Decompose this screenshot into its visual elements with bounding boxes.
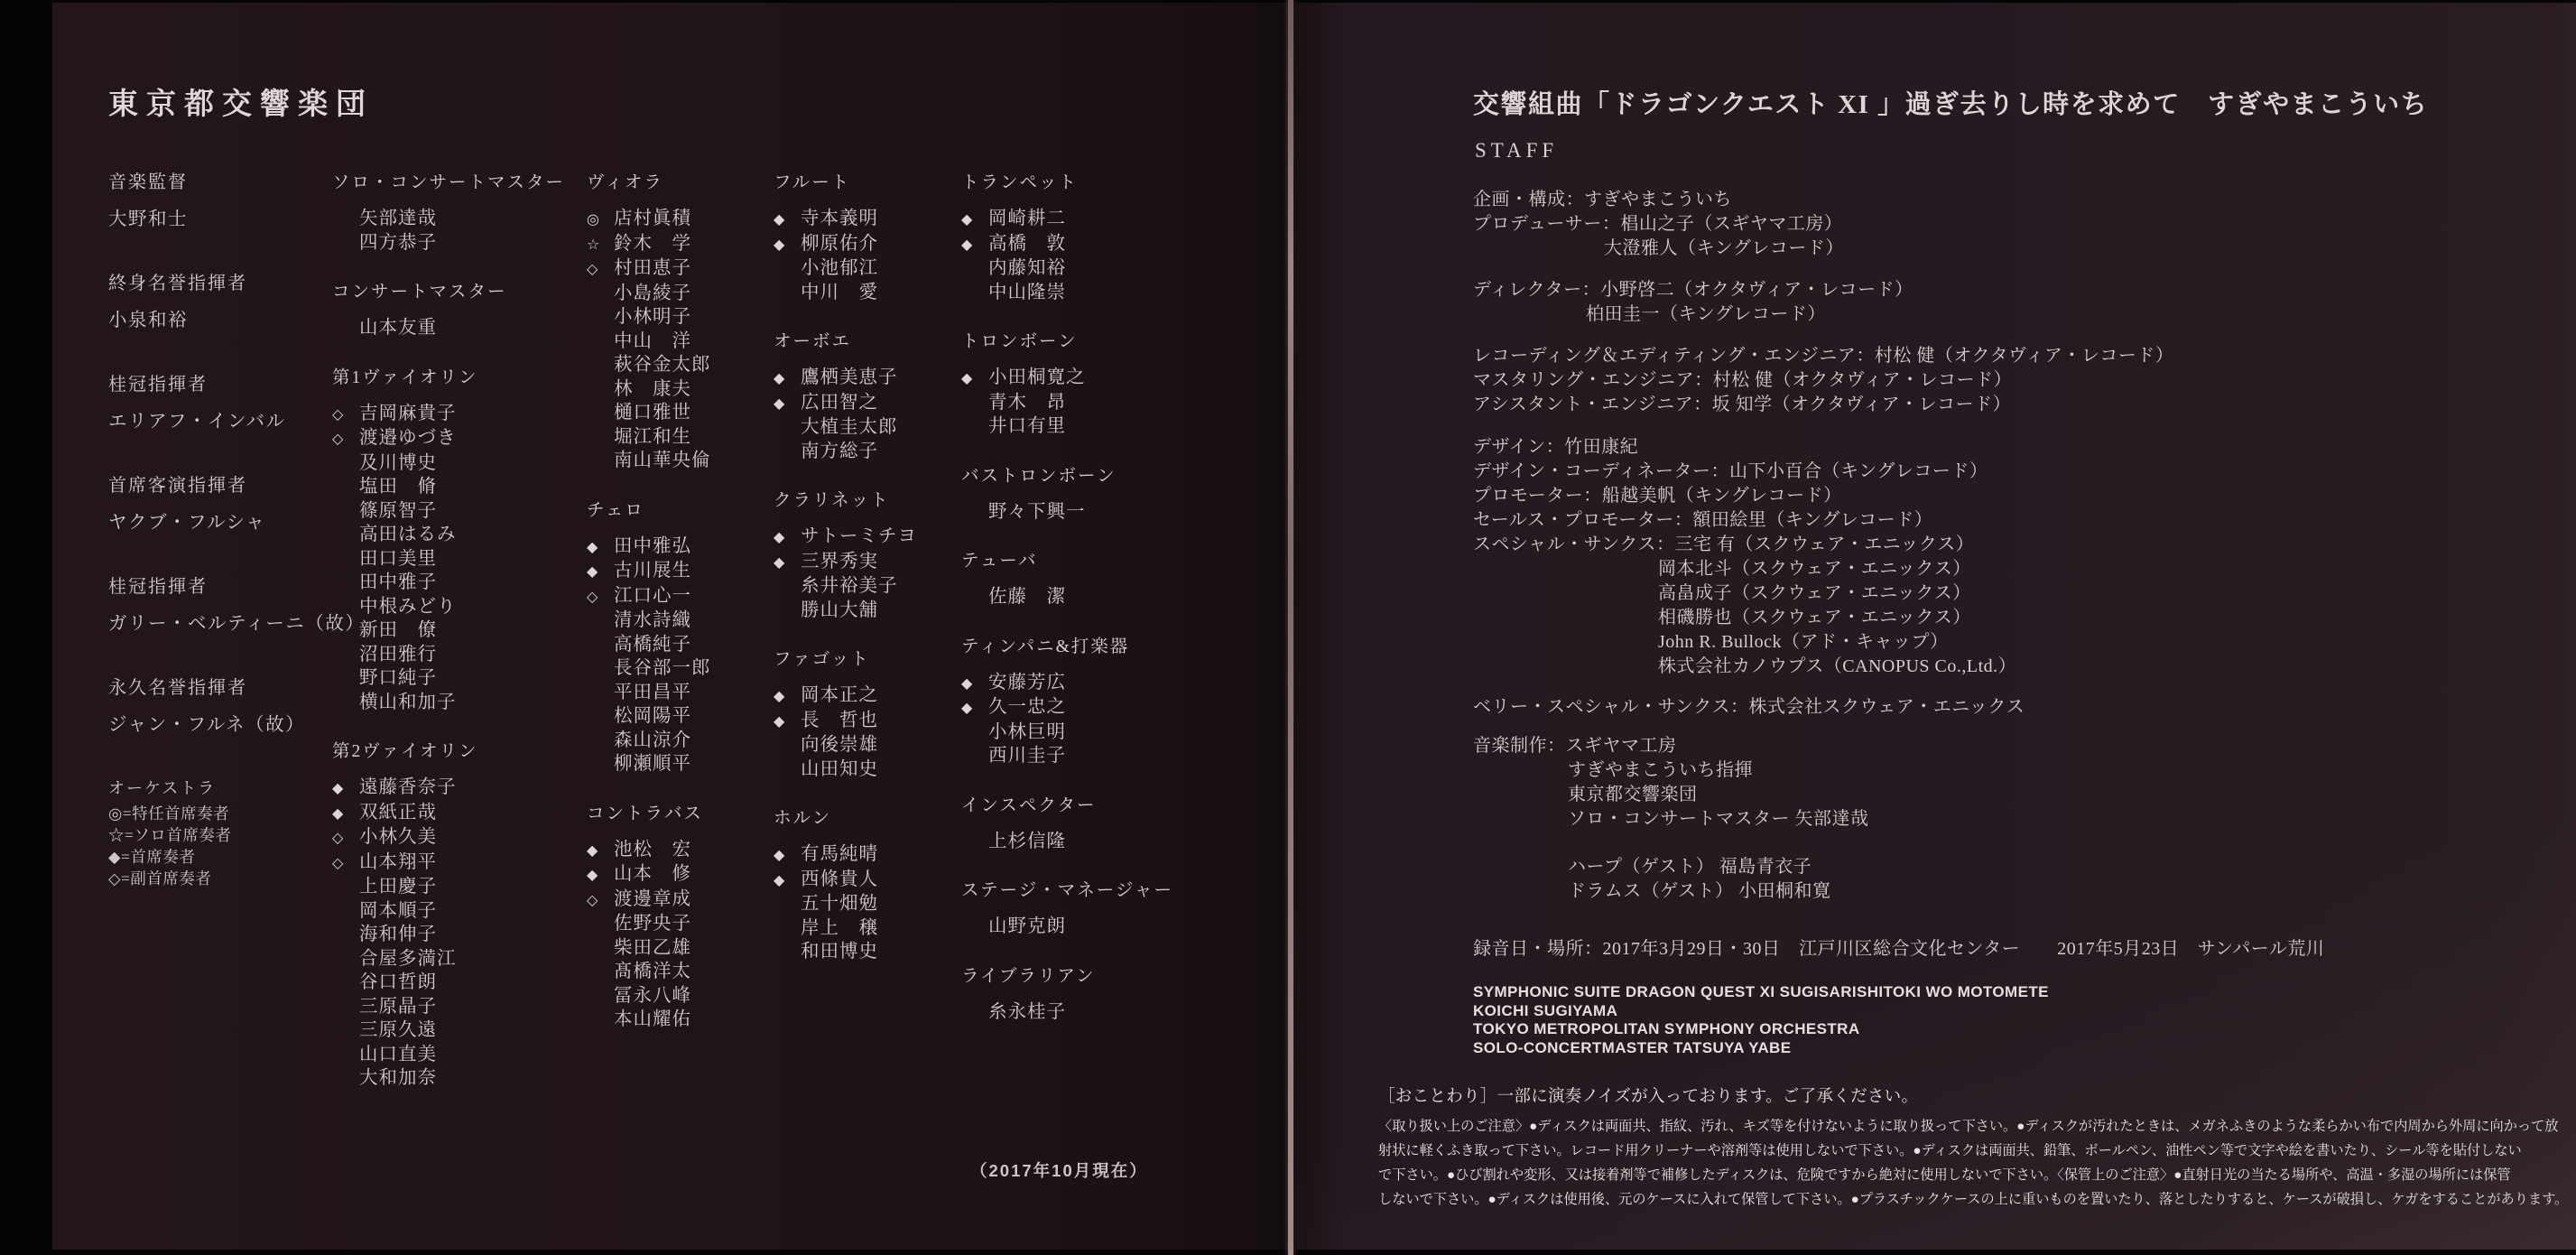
instrument-section: 第2ヴァイオリン◆遠藤香奈子◆双紙正哉◇小林久美◇山本翔平上田慶子岡本順子海和伸…: [332, 739, 576, 1091]
musician-row: 松岡陽平: [587, 704, 767, 729]
musician-name: 四方恭子: [359, 231, 437, 256]
musician-row: ◆有馬純晴: [774, 842, 954, 868]
musician-name: 横山和加子: [359, 691, 457, 715]
rank-marker-icon: [332, 875, 359, 899]
rank-marker-icon: [774, 733, 801, 758]
musician-name: 小島綾子: [614, 282, 691, 306]
rank-marker-icon: ◆: [587, 862, 614, 888]
staff-block: 企画・構成：すぎやまこういちプロデューサー：椙山之子（スギヤマ工房）大澄雅人（キ…: [1473, 188, 2565, 261]
musician-row: 糸井裕美子: [774, 574, 954, 599]
rank-marker-icon: ◆: [774, 683, 801, 709]
staff-block: ディレクター：小野啓二（オクタヴィア・レコード）柏田圭一（キングレコード）: [1473, 278, 2565, 327]
musician-row: ◆長 哲也: [774, 709, 954, 734]
instrument-section: コントラバス◆池松 宏◆山本 修◇渡邊章成佐野央子柴田乙雄髙橋洋太冨永八峰本山耀…: [587, 802, 767, 1032]
english-title-line: KOICHI SUGIYAMA: [1473, 1002, 2049, 1021]
rank-marker-icon: [587, 984, 614, 1009]
rank-marker-icon: [774, 599, 801, 623]
rank-marker-icon: ◇: [587, 256, 614, 282]
english-title-line: SOLO-CONCERTMASTER TATSUYA YABE: [1473, 1039, 2049, 1058]
musician-row: 田口美里: [332, 547, 576, 572]
musician-name: 広田智之: [801, 391, 878, 416]
musician-name: 松岡陽平: [614, 704, 691, 729]
musician-row: 合屋多満江: [332, 947, 576, 971]
musician-row: 山本友重: [332, 316, 576, 340]
rank-marker-icon: [587, 752, 614, 776]
rank-marker-icon: [587, 609, 614, 633]
musician-row: 四方恭子: [332, 231, 576, 256]
musician-name: 大植圭太郎: [801, 415, 898, 440]
musician-name: 久一忠之: [988, 695, 1066, 720]
rank-marker-icon: ◇: [332, 426, 359, 451]
rank-marker-icon: [332, 499, 359, 524]
rank-marker-icon: ◆: [587, 838, 614, 863]
english-title-line: SYMPHONIC SUITE DRAGON QUEST XI SUGISARI…: [1473, 983, 2049, 1002]
rank-marker-icon: [587, 681, 614, 705]
conductor-role: 桂冠指揮者: [108, 373, 325, 397]
staff-line: デザイン・コーディネーター：山下小百合（キングレコード）: [1473, 460, 2565, 484]
fine-print-line: しないで下さい。●ディスクは使用後、元のケースに入れて保管して下さい。●プラスチ…: [1378, 1187, 2571, 1212]
rank-marker-icon: [332, 547, 359, 572]
instrument-section: トランペット◆岡崎耕二◆高橋 敦内藤知裕中山隆崇: [961, 171, 1178, 304]
musician-row: 堀江和生: [587, 425, 767, 450]
musician-name: 樋口雅世: [614, 401, 691, 425]
legend-header: オーケストラ: [108, 777, 325, 799]
musician-name: 山田知史: [801, 758, 878, 782]
conductor-role: 音楽監督: [108, 171, 325, 195]
musician-name: 寺本義明: [801, 207, 878, 232]
rank-marker-icon: [332, 666, 359, 691]
rank-marker-icon: [332, 995, 359, 1019]
rank-marker-icon: [332, 207, 359, 231]
musician-name: 平田昌平: [614, 681, 691, 705]
musician-row: 五十畑勉: [774, 892, 954, 916]
musician-row: 高橋純子: [587, 633, 767, 657]
instrument-header: 第2ヴァイオリン: [332, 739, 576, 764]
conductor-name: ヤクブ・フルシャ: [108, 511, 325, 535]
instrument-header: ファゴット: [774, 647, 954, 672]
musician-row: 糸永桂子: [961, 1000, 1178, 1025]
musician-row: 沼田雅行: [332, 643, 576, 667]
musician-row: ◇吉岡麻貴子: [332, 402, 576, 427]
musician-row: 冨永八峰: [587, 984, 767, 1009]
instrument-section: フルート◆寺本義明◆柳原佑介小池郁江中川 愛: [774, 171, 954, 304]
violins-column: ソロ・コンサートマスター矢部達哉四方恭子コンサートマスター山本友重第1ヴァイオリ…: [332, 171, 576, 1091]
instrument-header: ヴィオラ: [587, 171, 767, 195]
rank-marker-icon: [332, 618, 359, 643]
staff-line: デザイン：竹田康紀: [1473, 435, 2565, 460]
staff-line: 企画・構成：すぎやまこういち: [1473, 188, 2565, 212]
musician-name: 柳原佑介: [801, 232, 878, 257]
rank-marker-icon: ◆: [774, 709, 801, 734]
rank-marker-icon: [332, 1043, 359, 1067]
rank-marker-icon: ◆: [774, 366, 801, 391]
rank-marker-icon: [587, 729, 614, 753]
page-fold-line: [1288, 0, 1293, 1255]
fine-print-line: で下さい。●ひび割れや変形、又は接着剤等で補修したディスクは、危険ですから絶対に…: [1378, 1163, 2571, 1187]
rank-marker-icon: [332, 595, 359, 619]
rank-marker-icon: [961, 830, 988, 854]
rank-marker-icon: [332, 316, 359, 340]
musician-row: ◆三界秀実: [774, 550, 954, 575]
rank-marker-icon: ◆: [332, 801, 359, 826]
musician-name: 篠原智子: [359, 499, 437, 524]
musician-name: 岡崎耕二: [988, 207, 1066, 232]
musician-row: 向後崇雄: [774, 733, 954, 758]
fine-print-line: 〈取り扱い上のご注意〉●ディスクは両面共、指紋、汚れ、キズ等を付けないように取り…: [1378, 1114, 2571, 1139]
rank-marker-icon: [332, 899, 359, 924]
musician-row: ◆西條貴人: [774, 868, 954, 893]
rank-marker-icon: [774, 574, 801, 599]
musician-name: 合屋多満江: [359, 947, 457, 971]
musician-name: 矢部達哉: [359, 207, 437, 231]
musician-row: 塩田 脩: [332, 475, 576, 499]
musician-row: 中山 洋: [587, 330, 767, 354]
musician-row: 青木 昂: [961, 391, 1178, 415]
musician-name: 田中雅弘: [614, 535, 691, 560]
rank-marker-icon: [587, 282, 614, 306]
musician-row: 中山隆崇: [961, 281, 1178, 305]
musician-row: ◇小林久美: [332, 825, 576, 851]
staff-heading: STAFF: [1475, 139, 1558, 163]
musician-name: 店村眞積: [614, 207, 691, 232]
musician-row: ◆山本 修: [587, 862, 767, 888]
rank-marker-icon: [961, 585, 988, 609]
musician-name: 上田慶子: [359, 875, 437, 899]
musician-name: 山本翔平: [359, 851, 437, 876]
conductor-block: 桂冠指揮者ガリー・ベルティーニ（故）: [108, 575, 325, 637]
instrument-section: トロンボーン◆小田桐寛之青木 昂井口有里: [961, 330, 1178, 439]
musician-name: 青木 昂: [988, 391, 1066, 415]
musician-row: 谷口哲朗: [332, 971, 576, 995]
musician-name: 渡邊章成: [614, 888, 691, 913]
rank-marker-icon: [587, 656, 614, 681]
instrument-section: ソロ・コンサートマスター矢部達哉四方恭子: [332, 171, 576, 255]
rank-marker-icon: ◆: [587, 535, 614, 560]
musician-name: 小林明子: [614, 305, 691, 330]
rank-marker-icon: [332, 1066, 359, 1091]
legend-entry: ☆=ソロ首席奏者: [108, 824, 325, 846]
english-title-line: TOKYO METROPOLITAN SYMPHONY ORCHESTRA: [1473, 1020, 2049, 1039]
musician-name: 田口美里: [359, 547, 437, 572]
musician-name: 五十畑勉: [801, 892, 878, 916]
instrument-header: 第1ヴァイオリン: [332, 366, 576, 390]
rank-marker-icon: [587, 936, 614, 961]
musician-row: 佐藤 潔: [961, 585, 1178, 609]
musician-row: 矢部達哉: [332, 207, 576, 231]
musician-name: 堀江和生: [614, 425, 691, 450]
instrument-header: テューバ: [961, 549, 1178, 573]
rank-marker-icon: [961, 500, 988, 525]
musician-name: 向後崇雄: [801, 733, 878, 758]
rank-marker-icon: [587, 305, 614, 330]
staff-line: プロデューサー：椙山之子（スギヤマ工房）: [1473, 212, 2565, 237]
musician-row: 佐野央子: [587, 912, 767, 936]
musician-row: ◎店村眞積: [587, 207, 767, 232]
instrument-header: ソロ・コンサートマスター: [332, 171, 576, 195]
musician-row: 三原晶子: [332, 995, 576, 1019]
viola-cello-bass-column: ヴィオラ◎店村眞積☆鈴木 学◇村田恵子小島綾子小林明子中山 洋萩谷金太郎林 康夫…: [587, 171, 767, 1032]
musician-name: 長 哲也: [801, 709, 878, 734]
instrument-section: クラリネット◆サトーミチヨ◆三界秀実糸井裕美子勝山大舗: [774, 488, 954, 622]
musician-name: 小田桐寛之: [988, 366, 1086, 391]
musician-row: ◇山本翔平: [332, 851, 576, 876]
musician-row: 髙橋洋太: [587, 960, 767, 984]
musician-row: 上杉信隆: [961, 830, 1178, 854]
staff-line: ディレクター：小野啓二（オクタヴィア・レコード）: [1473, 278, 2565, 302]
conductor-names: エリアフ・インバル: [108, 410, 325, 434]
staff-line: 大澄雅人（キングレコード）: [1473, 237, 2565, 261]
musician-row: 萩谷金太郎: [587, 353, 767, 377]
rank-marker-icon: [961, 281, 988, 305]
musician-name: 及川博史: [359, 451, 437, 476]
instrument-header: バストロンボーン: [961, 464, 1178, 488]
musician-name: 冨永八峰: [614, 984, 691, 1009]
rank-marker-icon: ◆: [774, 525, 801, 550]
instrument-section: ファゴット◆岡本正之◆長 哲也向後崇雄山田知史: [774, 647, 954, 781]
rank-marker-icon: ◎: [587, 207, 614, 232]
conductor-name: ジャン・フルネ（故）: [108, 713, 325, 738]
musician-row: 西川圭子: [961, 744, 1178, 768]
musician-row: 新田 僚: [332, 618, 576, 643]
instrument-header: ライブラリアン: [961, 964, 1178, 989]
musician-name: 西條貴人: [801, 868, 878, 893]
conductor-block: 首席客演指揮者ヤクブ・フルシャ: [108, 474, 325, 535]
musician-row: 小池郁江: [774, 256, 954, 281]
rank-marker-icon: [587, 912, 614, 936]
orchestra-title: 東京都交響楽団: [108, 80, 374, 123]
instrument-section: ティンパニ&打楽器◆安藤芳広◆久一忠之小林巨明西川圭子: [961, 635, 1178, 768]
album-title: 交響組曲「ドラゴンクエスト XI 」過ぎ去りし時を求めて すぎやまこういち: [1473, 84, 2428, 121]
conductor-role: 桂冠指揮者: [108, 575, 325, 600]
rank-marker-icon: [587, 704, 614, 729]
instrument-section: インスペクター上杉信隆: [961, 794, 1178, 854]
instrument-header: ティンパニ&打楽器: [961, 635, 1178, 659]
musician-row: ◆田中雅弘: [587, 535, 767, 560]
musician-name: 新田 僚: [359, 618, 437, 643]
instrument-header: コントラバス: [587, 802, 767, 826]
musician-row: 清水詩織: [587, 609, 767, 633]
rank-marker-icon: ☆: [587, 232, 614, 257]
musician-row: 山野克朗: [961, 915, 1178, 939]
staff-line: 音楽制作：スギヤマ工房: [1473, 734, 2565, 758]
legend-entry: ◇=副首席奏者: [108, 868, 325, 889]
musician-name: 清水詩織: [614, 609, 691, 633]
rank-marker-icon: [587, 449, 614, 473]
instrument-header: ステージ・マネージャー: [961, 878, 1178, 903]
musician-row: ◆広田智之: [774, 391, 954, 416]
musician-row: 山田知史: [774, 758, 954, 782]
musician-row: 野口純子: [332, 666, 576, 691]
musician-name: 長谷部一郎: [614, 656, 711, 681]
musician-name: 内藤知裕: [988, 256, 1066, 281]
musician-row: 田中雅子: [332, 571, 576, 595]
rank-marker-icon: ◆: [332, 776, 359, 801]
instrument-section: コンサートマスター山本友重: [332, 280, 576, 340]
staff-line: プロモーター：船越美帆（キングレコード）: [1473, 484, 2565, 508]
musician-name: 海和伸子: [359, 923, 437, 947]
musician-name: 柴田乙雄: [614, 936, 691, 961]
musician-name: 三原晶子: [359, 995, 437, 1019]
rank-marker-icon: [332, 971, 359, 995]
musician-row: 横山和加子: [332, 691, 576, 715]
musician-row: ◆寺本義明: [774, 207, 954, 232]
musician-name: 田中雅子: [359, 571, 437, 595]
conductors-column: 音楽監督大野和士終身名誉指揮者小泉和裕桂冠指揮者エリアフ・インバル首席客演指揮者…: [108, 171, 325, 889]
musician-row: ◆久一忠之: [961, 695, 1178, 720]
rank-marker-icon: ◆: [774, 391, 801, 416]
staff-line: ドラムス（ゲスト） 小田桐和寛: [1473, 879, 2565, 904]
musician-row: 小林明子: [587, 305, 767, 330]
rank-marker-icon: [587, 330, 614, 354]
staff-line: ハープ（ゲスト） 福島青衣子: [1473, 855, 2565, 879]
rank-marker-icon: ◆: [774, 550, 801, 575]
musician-name: 糸永桂子: [988, 1000, 1066, 1025]
musician-row: 海和伸子: [332, 923, 576, 947]
musician-name: 遠藤香奈子: [359, 776, 457, 801]
rank-marker-icon: [961, 744, 988, 768]
musician-row: 小林巨明: [961, 720, 1178, 745]
musician-name: 井口有里: [988, 414, 1066, 439]
rank-marker-icon: ◆: [961, 207, 988, 232]
musician-name: 勝山大舗: [801, 599, 878, 623]
musician-name: 野々下興一: [988, 500, 1086, 525]
rank-marker-icon: ◆: [961, 232, 988, 257]
musician-name: 南方総子: [801, 440, 878, 464]
instrument-section: テューバ佐藤 潔: [961, 549, 1178, 609]
conductor-names: ジャン・フルネ（故）: [108, 713, 325, 738]
legend-entry: ◆=首席奏者: [108, 846, 325, 868]
rank-marker-icon: [961, 391, 988, 415]
musician-name: 山口直美: [359, 1043, 437, 1067]
rank-marker-icon: [587, 425, 614, 450]
rank-marker-icon: ◆: [774, 842, 801, 868]
musician-name: 三界秀実: [801, 550, 878, 575]
woodwind-horn-column: フルート◆寺本義明◆柳原佑介小池郁江中川 愛オーボエ◆鷹栖美恵子◆広田智之大植圭…: [774, 171, 954, 964]
staff-line: 高畠成子（スクウェア・エニックス）: [1473, 581, 2565, 606]
page-right-credits: 交響組曲「ドラゴンクエスト XI 」過ぎ去りし時を求めて すぎやまこういち ST…: [1294, 3, 2576, 1250]
rank-marker-icon: ◇: [332, 402, 359, 427]
musician-row: 樋口雅世: [587, 401, 767, 425]
orchestra-legend: オーケストラ◎=特任首席奏者☆=ソロ首席奏者◆=首席奏者◇=副首席奏者: [108, 777, 325, 889]
conductor-role: 永久名誉指揮者: [108, 676, 325, 701]
instrument-header: インスペクター: [961, 794, 1178, 818]
rank-marker-icon: ◆: [774, 868, 801, 893]
instrument-header: ホルン: [774, 806, 954, 831]
musician-name: 双紙正哉: [359, 801, 437, 826]
rank-marker-icon: [774, 940, 801, 964]
rank-marker-icon: [332, 643, 359, 667]
rank-marker-icon: [774, 256, 801, 281]
rank-marker-icon: ◇: [332, 825, 359, 851]
instrument-header: フルート: [774, 171, 954, 195]
musician-row: ◆古川展生: [587, 559, 767, 584]
rank-marker-icon: [332, 231, 359, 256]
conductor-names: ヤクブ・フルシャ: [108, 511, 325, 535]
musician-row: 上田慶子: [332, 875, 576, 899]
musician-name: 渡邉ゆづき: [359, 426, 457, 451]
conductor-block: 音楽監督大野和士: [108, 171, 325, 232]
musician-name: 村田恵子: [614, 256, 691, 282]
staff-line: John R. Bullock（アド・キャップ）: [1473, 630, 2565, 655]
staff-block: ベリー・スペシャル・サンクス：株式会社スクウェア・エニックス: [1473, 695, 2565, 720]
musician-name: 小池郁江: [801, 256, 878, 281]
instrument-header: チェロ: [587, 498, 767, 523]
musician-row: 及川博史: [332, 451, 576, 476]
staff-line: 株式会社カノウプス（CANOPUS Co.,Ltd.）: [1473, 655, 2565, 679]
musician-name: 中山隆崇: [988, 281, 1066, 305]
musician-name: 本山耀佑: [614, 1008, 691, 1032]
instrument-section: バストロンボーン野々下興一: [961, 464, 1178, 525]
musician-name: 鷹栖美恵子: [801, 366, 898, 391]
instrument-header: コンサートマスター: [332, 280, 576, 304]
rank-marker-icon: ◇: [332, 851, 359, 876]
musician-row: 山口直美: [332, 1043, 576, 1067]
musician-name: 三原久遠: [359, 1018, 437, 1043]
musician-row: 小島綾子: [587, 282, 767, 306]
musician-name: 江口心一: [614, 584, 691, 609]
musician-row: ◆鷹栖美恵子: [774, 366, 954, 391]
musician-row: 大植圭太郎: [774, 415, 954, 440]
staff-line: 録音日・場所：2017年3月29日・30日 江戸川区総合文化センター 2017年…: [1473, 937, 2565, 962]
rank-marker-icon: [332, 451, 359, 476]
musician-name: 池松 宏: [614, 838, 691, 863]
rank-marker-icon: [587, 960, 614, 984]
conductor-role: 首席客演指揮者: [108, 474, 325, 498]
musician-name: 岡本順子: [359, 899, 437, 924]
rank-marker-icon: [774, 892, 801, 916]
conductor-name: エリアフ・インバル: [108, 410, 325, 434]
roster-date: （2017年10月現在）: [970, 1158, 1148, 1182]
rank-marker-icon: ◆: [961, 366, 988, 391]
musician-name: 柳瀬順平: [614, 752, 691, 776]
musician-row: ◆岡崎耕二: [961, 207, 1178, 232]
musician-row: 岸上 穣: [774, 916, 954, 941]
staff-line: レコーディング＆エディティング・エンジニア：村松 健（オクタヴィア・レコード）: [1473, 344, 2565, 368]
musician-name: 高橋 敦: [988, 232, 1066, 257]
conductor-name: ガリー・ベルティーニ（故）: [108, 612, 325, 637]
musician-name: 岸上 穣: [801, 916, 878, 941]
musician-row: 中根みどり: [332, 595, 576, 619]
rank-marker-icon: [332, 947, 359, 971]
conductor-block: 永久名誉指揮者ジャン・フルネ（故）: [108, 676, 325, 738]
rank-marker-icon: [587, 401, 614, 425]
staff-line: スペシャル・サンクス：三宅 有（スクウェア・エニックス）: [1473, 533, 2565, 557]
musician-row: ◇村田恵子: [587, 256, 767, 282]
musician-row: 林 康夫: [587, 377, 767, 402]
musician-name: 有馬純晴: [801, 842, 878, 868]
musician-row: ◆遠藤香奈子: [332, 776, 576, 801]
staff-credits: 企画・構成：すぎやまこういちプロデューサー：椙山之子（スギヤマ工房）大澄雅人（キ…: [1473, 188, 2565, 962]
musician-name: 佐藤 潔: [988, 585, 1066, 609]
brass-percussion-staffroles-column: トランペット◆岡崎耕二◆高橋 敦内藤知裕中山隆崇トロンボーン◆小田桐寛之青木 昂…: [961, 171, 1178, 1024]
musician-row: 南山華央倫: [587, 449, 767, 473]
musician-row: 内藤知裕: [961, 256, 1178, 281]
instrument-section: 第1ヴァイオリン◇吉岡麻貴子◇渡邉ゆづき及川博史塩田 脩篠原智子高田はるみ田口美…: [332, 366, 576, 715]
staff-line: 岡本北斗（スクウェア・エニックス）: [1473, 557, 2565, 581]
musician-name: 沼田雅行: [359, 643, 437, 667]
musician-row: 三原久遠: [332, 1018, 576, 1043]
musician-name: 髙橋洋太: [614, 960, 691, 984]
musician-row: 勝山大舗: [774, 599, 954, 623]
staff-line: 相磯勝也（スクウェア・エニックス）: [1473, 606, 2565, 630]
musician-name: 谷口哲朗: [359, 971, 437, 995]
musician-row: ◆岡本正之: [774, 683, 954, 709]
musician-row: 和田博史: [774, 940, 954, 964]
rank-marker-icon: [774, 916, 801, 941]
rank-marker-icon: [774, 415, 801, 440]
musician-name: 安藤芳広: [988, 671, 1066, 696]
musician-name: 山野克朗: [988, 915, 1066, 939]
